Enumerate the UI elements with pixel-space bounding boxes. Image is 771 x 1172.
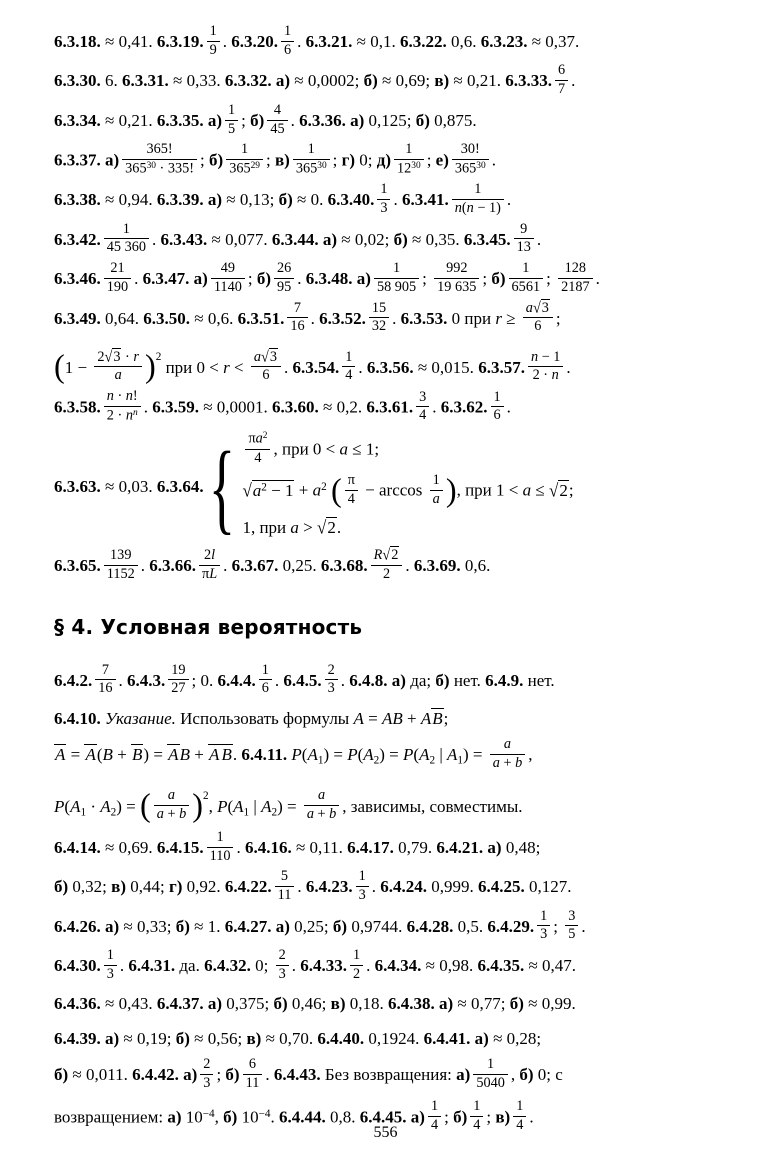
answer-text: ≈ 0,077.: [207, 230, 272, 249]
numerator: 1: [104, 948, 117, 965]
answer-text: − 1: [538, 349, 560, 365]
big-paren-right: ): [192, 791, 203, 820]
answer-text: .: [141, 556, 150, 575]
answer-text: .: [581, 917, 585, 936]
denominator: 36530: [452, 159, 489, 177]
math-variable: b: [179, 806, 186, 822]
answer-text: 0,46;: [288, 994, 331, 1013]
numerator: 1: [259, 663, 272, 680]
fraction: 2√3 · ra: [94, 350, 142, 384]
answer-line: A = A(B + B) = AB + AB. 6.4.11. P(A1) = …: [54, 739, 721, 775]
fraction: 35: [565, 909, 578, 943]
numerator: 9: [514, 222, 534, 239]
book-page: 6.3.18. ≈ 0,41. 6.3.19.19. 6.3.20.16. 6.…: [0, 0, 771, 1172]
math-variable: L: [209, 566, 217, 582]
answer-line: (1 − 2√3 · ra)2 при 0 < r < a√36. 6.3.54…: [54, 342, 721, 386]
answer-text: =: [364, 709, 382, 728]
denominator: 3: [325, 679, 338, 697]
math-variable: a: [115, 367, 122, 383]
problem-number: 6.4.32.: [204, 956, 251, 975]
answer-text: <: [230, 358, 248, 377]
numerator: a: [304, 788, 339, 805]
answer-text: ≈ 0,015.: [414, 358, 479, 377]
answer-line: 6.3.37. а)365!36530 · 335!; б)136529; в)…: [54, 144, 721, 179]
numerator: 128: [558, 261, 593, 278]
denominator: 6: [259, 679, 272, 697]
fraction: 15: [225, 103, 238, 137]
problem-number: б): [257, 269, 271, 288]
answer-text: .: [311, 309, 320, 328]
math-variable: B: [103, 745, 113, 764]
problem-number: б): [333, 917, 347, 936]
answer-text: ≈ 0,21.: [449, 72, 505, 91]
denominator: 11: [243, 1074, 263, 1092]
answer-text: 0,375;: [222, 994, 273, 1013]
numerator: 1: [350, 948, 363, 965]
overlined-variable: A: [84, 744, 96, 764]
problem-number: 6.4.5.: [283, 671, 321, 690]
answer-text: 0,64.: [101, 309, 144, 328]
answer-text: ≈ 1.: [190, 917, 225, 936]
answer-text: ≈ 0,33;: [119, 917, 176, 936]
problem-number: 6.3.57.: [478, 358, 525, 377]
answer-text: ≈ 0,43.: [101, 994, 157, 1013]
denominator: 6: [251, 366, 281, 384]
problem-number: 6.3.33.: [505, 72, 552, 91]
answer-text: ,: [209, 796, 218, 815]
problem-number: 6.3.51.: [238, 309, 285, 328]
problem-number: 6.4.25.: [478, 877, 525, 896]
answer-text: ;: [427, 151, 436, 170]
answer-text: 365: [229, 161, 250, 177]
answer-text: 0,875.: [430, 111, 477, 130]
problem-number: в): [434, 72, 449, 91]
problem-number: б): [519, 1066, 533, 1085]
answer-text: ,: [528, 745, 532, 764]
answer-text: +: [294, 481, 312, 500]
big-paren-left: (: [140, 791, 151, 820]
answer-text: 0,48;: [502, 838, 541, 857]
answer-text: ≈ 0,35.: [408, 230, 464, 249]
problem-number: 6.4.40.: [317, 1029, 364, 1048]
answer-text: 0,79.: [394, 838, 437, 857]
answer-text: .: [507, 398, 511, 417]
numerator: 21: [104, 261, 131, 278]
answer-text: ≈ 0,0002;: [290, 72, 364, 91]
denominator: 36529: [226, 159, 263, 177]
math-variable: a: [340, 440, 349, 459]
denominator: 3: [537, 925, 550, 943]
denominator: 6: [491, 406, 504, 424]
overlined-variable: A: [54, 744, 66, 764]
answer-text: · 335!: [156, 161, 194, 177]
problem-number: 6.4.3.: [127, 671, 165, 690]
problem-number: 6.3.34.: [54, 111, 101, 130]
answer-line: 6.3.34. ≈ 0,21. 6.3.35. а)15; б)445. 6.3…: [54, 105, 721, 139]
fraction: 1n(n − 1): [452, 182, 504, 216]
fraction: 1282187: [558, 261, 593, 295]
cases-column: πa24, при 0 < a ≤ 1;√a2 − 1 + a2 (π4 − a…: [242, 431, 573, 545]
denominator: 32: [369, 317, 389, 335]
overlined-variable: B: [131, 744, 143, 764]
answer-text: 365!: [147, 141, 173, 157]
numerator: a√3: [523, 301, 553, 318]
problem-number: б): [176, 917, 190, 936]
denominator: πL: [199, 565, 220, 583]
problem-number: б): [394, 230, 408, 249]
answer-text: ≈ 0,56;: [190, 1029, 247, 1048]
fraction: aa + b: [154, 788, 189, 822]
numerator: 2: [276, 948, 289, 965]
answer-text: ≈ 0,0001.: [199, 398, 272, 417]
problem-number: 6.3.64.: [157, 477, 204, 496]
problem-number: 6.3.63.: [54, 477, 101, 496]
math-variable: a: [318, 787, 325, 803]
fraction: 11230: [394, 142, 424, 177]
answer-text: !: [133, 388, 138, 404]
numerator: 139: [104, 548, 138, 565]
math-variable: l: [211, 547, 215, 563]
fraction: aa + b: [304, 788, 339, 822]
answer-text: .: [291, 111, 300, 130]
superscript: 30: [317, 161, 326, 171]
problem-number: 6.4.10.: [54, 709, 101, 728]
math-variable: n: [467, 200, 474, 216]
problem-number: 6.3.58.: [54, 398, 101, 417]
numerator: 1: [473, 1057, 508, 1074]
answer-text: +: [314, 806, 329, 822]
fraction: 445: [267, 103, 287, 137]
sqrt-expression: √a2 − 1: [242, 481, 294, 500]
problem-number: 6.4.21. а): [436, 838, 501, 857]
answer-text: да;: [406, 671, 435, 690]
radical-sign: √: [105, 349, 113, 366]
answer-text: 0,32;: [68, 877, 111, 896]
numerator: 1: [225, 103, 238, 120]
fraction: 15040: [473, 1057, 508, 1091]
math-variable: a: [433, 491, 440, 507]
math-variable: b: [515, 755, 522, 771]
denominator: 1140: [211, 278, 245, 296]
answer-text: 1: [405, 141, 412, 157]
answer-text: 0; с: [534, 1066, 563, 1085]
denominator: 6: [281, 41, 294, 59]
math-variable: A: [307, 745, 317, 764]
answer-text: 4: [254, 450, 261, 466]
answers-content: 6.3.18. ≈ 0,41. 6.3.19.19. 6.3.20.16. 6.…: [54, 26, 721, 1136]
problem-number: в): [111, 877, 126, 896]
fraction: π4: [345, 473, 358, 507]
answer-text: ≈ 0,2.: [319, 398, 367, 417]
answer-text: .: [119, 671, 128, 690]
numerator: 1: [293, 142, 330, 159]
problem-number: а): [456, 1066, 470, 1085]
denominator: a + b: [490, 754, 525, 772]
fraction: 365!36530 · 335!: [122, 142, 197, 177]
answer-text: − 1): [474, 200, 501, 216]
sqrt-expression: √3: [533, 300, 550, 316]
numerator: 365!: [122, 142, 197, 159]
problem-number: 6.4.22.: [225, 877, 272, 896]
fraction: 23: [276, 948, 289, 982]
fraction: 16: [281, 24, 294, 58]
numerator: 2: [325, 663, 338, 680]
problem-number: 6.3.62.: [441, 398, 488, 417]
fraction: 16: [259, 663, 272, 697]
answer-line: 6.3.42.145 360. 6.3.43. ≈ 0,077. 6.3.44.…: [54, 224, 721, 258]
denominator: 27: [168, 679, 188, 697]
fraction: 136530: [293, 142, 330, 177]
problem-number: 6.3.59.: [152, 398, 199, 417]
superscript: −4: [203, 1108, 215, 1120]
answer-text: да.: [175, 956, 204, 975]
numerator: 1: [226, 142, 263, 159]
denominator: 45 360: [104, 238, 149, 256]
problem-number: 6.4.15.: [157, 838, 204, 857]
problem-number: 6.3.19.: [157, 32, 204, 51]
answer-text: ≈ 0,13;: [222, 190, 279, 209]
math-variable: A: [421, 709, 431, 728]
answer-text: 12: [397, 161, 411, 177]
numerator: 1: [470, 1099, 483, 1116]
numerator: 7: [95, 663, 115, 680]
problem-number: 6.3.21.: [306, 32, 353, 51]
answer-text: 0,9744.: [347, 917, 407, 936]
radical-sign: √: [317, 512, 326, 544]
math-variable: r: [223, 358, 230, 377]
sqrt-expression: √3: [105, 349, 122, 365]
problem-number: б): [209, 151, 223, 170]
overlined-variable: B: [431, 708, 443, 728]
problem-number: 6.4.27. а): [225, 917, 290, 936]
sqrt-expression: √2: [382, 547, 399, 563]
denominator: 1152: [104, 565, 138, 583]
fraction: a√36: [523, 301, 553, 335]
denominator: 19 635: [434, 278, 479, 296]
problem-number: 6.3.67.: [232, 556, 279, 575]
problem-number: 6.4.39. а): [54, 1029, 119, 1048]
answer-text: ≈ 0,03.: [101, 477, 157, 496]
fraction: n · n!2 · nn: [104, 389, 141, 424]
answer-text: .: [537, 230, 541, 249]
numerator: 6: [555, 63, 568, 80]
radicand: 2: [390, 546, 399, 563]
answer-text: 0;: [355, 151, 377, 170]
problem-number: 6.4.36.: [54, 994, 101, 1013]
fraction: 491140: [211, 261, 245, 295]
denominator: 7: [555, 80, 568, 98]
radical-sign: √: [382, 548, 390, 565]
answer-line: 6.4.30.13. 6.4.31. да. 6.4.32. 0; 23. 6.…: [54, 950, 721, 984]
problem-number: 6.3.49.: [54, 309, 101, 328]
answer-text: .: [366, 956, 375, 975]
fraction: 13: [104, 948, 117, 982]
radical-sign: √: [549, 475, 558, 507]
problem-number: б): [435, 671, 449, 690]
fraction: 1532: [369, 301, 389, 335]
numerator: 4: [267, 103, 287, 120]
answer-text: ≈ 0,98.: [421, 956, 477, 975]
numerator: 26: [274, 261, 294, 278]
fraction: 716: [95, 663, 115, 697]
answer-text: .: [392, 309, 401, 328]
answer-text: 1 −: [65, 358, 92, 377]
problem-number: 6.3.42.: [54, 230, 101, 249]
answer-text: ≈ 0,11.: [292, 838, 347, 857]
denominator: a: [430, 490, 443, 508]
answer-text: 0;: [251, 956, 273, 975]
denominator: 36530: [293, 159, 330, 177]
fraction: πa24: [245, 431, 270, 466]
numerator: 49: [211, 261, 245, 278]
problem-number: 6.3.44. а): [272, 230, 337, 249]
answer-text: |: [249, 796, 261, 815]
denominator: 6: [523, 317, 553, 335]
numerator: 15: [369, 301, 389, 318]
superscript: 30: [147, 161, 156, 171]
math-variable: R: [374, 547, 383, 563]
fraction: 136529: [226, 142, 263, 177]
fraction: 13: [377, 182, 390, 216]
overlined-variable: A: [167, 744, 179, 764]
answer-text: ;: [266, 151, 275, 170]
answer-text: ) =: [143, 745, 167, 764]
numerator: πa2: [245, 431, 270, 448]
answer-text: .: [236, 838, 245, 857]
answer-text: ≈ 0,41.: [101, 32, 157, 51]
numerator: π: [345, 473, 358, 490]
answer-text: 1: [308, 141, 315, 157]
answer-text: ·: [114, 388, 126, 404]
math-variable: n: [552, 367, 559, 383]
denominator: 2: [350, 965, 363, 983]
answer-text: 365: [125, 161, 146, 177]
numerator: 1: [104, 222, 149, 239]
denominator: 3: [104, 965, 117, 983]
problem-number: г): [342, 151, 355, 170]
answer-line: 6.3.65.1391152. 6.3.66.2lπL. 6.3.67. 0,2…: [54, 550, 721, 584]
answer-text: .: [372, 877, 381, 896]
answer-text: ≈ 0,69.: [101, 838, 157, 857]
numerator: 1: [377, 182, 390, 199]
problem-number: 6.4.34.: [375, 956, 422, 975]
numerator: 19: [168, 663, 188, 680]
math-variable: P: [54, 796, 64, 815]
answer-text: ; 0.: [192, 671, 218, 690]
problem-number: 6.4.42. а): [132, 1066, 197, 1085]
italic-note: Указание.: [101, 709, 176, 728]
math-variable: A: [70, 796, 80, 815]
math-variable: a: [504, 736, 511, 752]
answer-text: .: [432, 398, 441, 417]
answer-text: ≈ 0,6.: [190, 309, 238, 328]
superscript: 30: [476, 161, 485, 171]
answer-text: +: [164, 806, 179, 822]
problem-number: 6.3.56.: [367, 358, 414, 377]
problem-number: 6.3.50.: [143, 309, 190, 328]
section-heading: § 4. Условная вероятность: [54, 615, 721, 639]
problem-number: 6.4.24.: [380, 877, 427, 896]
numerator: 1: [356, 869, 369, 886]
answer-text: 30!: [461, 141, 480, 157]
denominator: a: [94, 366, 142, 384]
problem-number: 6.4.33.: [300, 956, 347, 975]
answer-text: 6.: [101, 72, 122, 91]
answer-text: ;: [422, 269, 431, 288]
math-variable: r: [495, 309, 502, 328]
problem-number: 6.4.43.: [274, 1066, 321, 1085]
answer-text: ) =: [116, 796, 140, 815]
denominator: 58 905: [374, 278, 419, 296]
numerator: 1: [509, 261, 544, 278]
answer-text: ≈ 0,77;: [453, 994, 510, 1013]
answer-text: ;: [200, 151, 209, 170]
problem-number: б): [491, 269, 505, 288]
problem-number: 6.3.35. а): [157, 111, 222, 130]
numerator: 3: [565, 909, 578, 926]
answer-text: ≈ 0,37.: [527, 32, 579, 51]
problem-number: 6.3.43.: [160, 230, 207, 249]
problem-number: 6.4.41. а): [424, 1029, 489, 1048]
answer-text: .: [297, 877, 306, 896]
math-variable: A: [419, 745, 429, 764]
fraction: R√22: [371, 548, 403, 582]
answer-text: 1, при: [242, 518, 290, 537]
answer-line: 6.3.46.21190. 6.3.47. а)491140; б)2695. …: [54, 263, 721, 297]
answer-text: ) =: [323, 745, 347, 764]
answer-line: 6.4.36. ≈ 0,43. 6.4.37. а) 0,375; б) 0,4…: [54, 989, 721, 1019]
problem-number: д): [377, 151, 391, 170]
math-variable: P: [347, 745, 357, 764]
answer-text: ;: [556, 309, 561, 328]
answer-text: 6: [534, 318, 541, 334]
answer-text: .: [393, 190, 402, 209]
problem-number: 6.3.54.: [292, 358, 339, 377]
answer-text: 6: [262, 367, 269, 383]
radicand: 3: [112, 348, 121, 365]
denominator: 3: [377, 199, 390, 217]
answer-text: .: [297, 32, 306, 51]
math-variable: b: [329, 806, 336, 822]
numerator: 1: [428, 1099, 441, 1116]
answer-text: , при 1 <: [457, 481, 523, 500]
answer-line: 6.3.30. 6. 6.3.31. ≈ 0,33. 6.3.32. а) ≈ …: [54, 65, 721, 99]
answer-text: .: [134, 269, 143, 288]
problem-number: 6.4.11.: [241, 745, 287, 764]
answer-text: .: [596, 269, 600, 288]
superscript: 29: [251, 161, 260, 171]
math-variable: a: [168, 787, 175, 803]
answer-text: +: [190, 745, 208, 764]
problem-number: в): [246, 1029, 261, 1048]
radical-sign: √: [261, 349, 269, 366]
denominator: 3: [356, 886, 369, 904]
denominator: 1230: [394, 159, 424, 177]
answer-text: , зависимы, совместимы.: [342, 796, 522, 815]
big-paren-right: ): [145, 352, 156, 381]
answer-text: ;: [569, 481, 574, 500]
answer-text: ) =: [463, 745, 487, 764]
answer-text: ·: [86, 796, 100, 815]
answer-text: 0,1924.: [364, 1029, 424, 1048]
answer-text: ) =: [277, 796, 301, 815]
denominator: 16: [287, 317, 307, 335]
radicand: 3: [269, 348, 278, 365]
problem-number: 6.3.69.: [414, 556, 461, 575]
numerator: 1: [281, 24, 294, 41]
numerator: 1: [537, 909, 550, 926]
answer-text: ≈ 0,33.: [169, 72, 225, 91]
